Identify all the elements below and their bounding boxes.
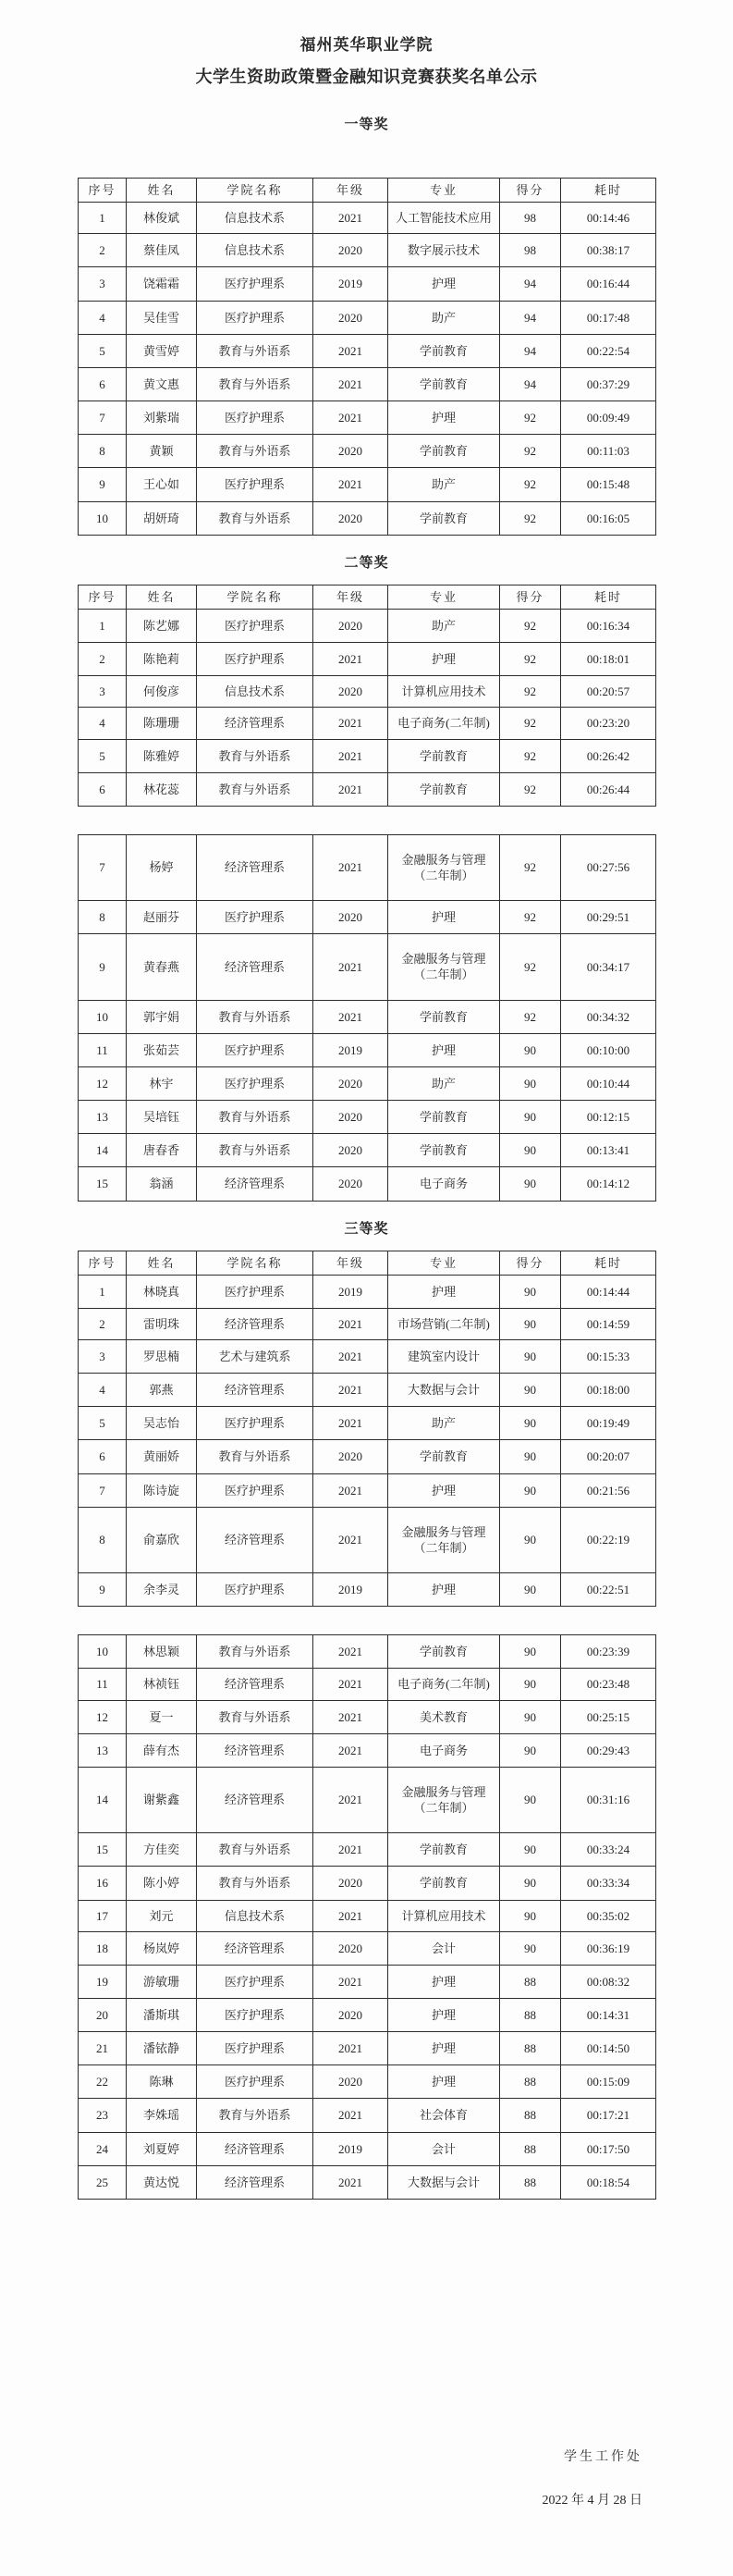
table-cell: 医疗护理系 (197, 1573, 313, 1607)
table-cell: 2021 (313, 643, 388, 676)
table-cell: 19 (79, 1965, 127, 1998)
table-row: 13吴培钰教育与外语系2020学前教育9000:12:15 (79, 1101, 656, 1134)
table-cell: 2021 (313, 2099, 388, 2132)
table-cell: 4 (79, 1374, 127, 1407)
table-cell: 92 (500, 609, 561, 642)
table-cell: 00:33:24 (561, 1833, 656, 1867)
table-cell: 教育与外语系 (197, 501, 313, 535)
table-cell: 教育与外语系 (197, 1700, 313, 1733)
table-row: 9黄春燕经济管理系2021金融服务与管理（二年制）9200:34:17 (79, 934, 656, 1000)
table-row: 1林俊斌信息技术系2021人工智能技术应用9800:14:46 (79, 203, 656, 234)
table-cell: 教育与外语系 (197, 1440, 313, 1473)
table-cell: 经济管理系 (197, 1669, 313, 1700)
table-cell: 金融服务与管理（二年制） (388, 1767, 500, 1832)
table-cell: 翁涵 (127, 1167, 197, 1201)
table-cell: 2021 (313, 2032, 388, 2065)
table-cell: 98 (500, 234, 561, 267)
table-row: 3何俊彦信息技术系2020计算机应用技术9200:20:57 (79, 676, 656, 708)
table-cell: 学前教育 (388, 435, 500, 468)
table-cell: 护理 (388, 643, 500, 676)
table-cell: 92 (500, 643, 561, 676)
table-cell: 何俊彦 (127, 676, 197, 708)
table-cell: 00:16:44 (561, 267, 656, 301)
table-cell: 医疗护理系 (197, 901, 313, 934)
table-cell: 90 (500, 1573, 561, 1607)
table-cell: 2019 (313, 1275, 388, 1308)
table-cell: 90 (500, 1900, 561, 1931)
table-cell: 00:29:51 (561, 901, 656, 934)
table-row: 5黄雪婷教育与外语系2021学前教育9400:22:54 (79, 334, 656, 367)
table-cell: 教育与外语系 (197, 1635, 313, 1669)
table-cell: 教育与外语系 (197, 1000, 313, 1033)
column-header: 年级 (313, 1251, 388, 1275)
table-row: 16陈小婷教育与外语系2020学前教育9000:33:34 (79, 1867, 656, 1900)
table-cell: 00:15:09 (561, 2065, 656, 2099)
table-cell: 信息技术系 (197, 234, 313, 267)
table-cell: 护理 (388, 1473, 500, 1507)
table-cell: 人工智能技术应用 (388, 203, 500, 234)
table-cell: 90 (500, 1275, 561, 1308)
table-cell: 陈小婷 (127, 1867, 197, 1900)
table-header-row: 序号姓名学院名称年级专业得分耗时 (79, 585, 656, 609)
table-cell: 2021 (313, 2165, 388, 2199)
table-cell: 俞嘉欣 (127, 1507, 197, 1572)
table-cell: 2021 (313, 1473, 388, 1507)
table-cell: 陈艺娜 (127, 609, 197, 642)
table-cell: 00:11:03 (561, 435, 656, 468)
table-cell: 教育与外语系 (197, 739, 313, 772)
table-cell: 经济管理系 (197, 834, 313, 900)
table-cell: 杨婷 (127, 834, 197, 900)
table-cell: 蔡佳凤 (127, 234, 197, 267)
table-cell: 10 (79, 501, 127, 535)
table-cell: 医疗护理系 (197, 1407, 313, 1440)
table-cell: 2020 (313, 609, 388, 642)
table-cell: 92 (500, 468, 561, 501)
table-cell: 90 (500, 1101, 561, 1134)
table-cell: 2021 (313, 334, 388, 367)
table-cell: 医疗护理系 (197, 1998, 313, 2031)
table-cell: 13 (79, 1101, 127, 1134)
table-cell: 92 (500, 901, 561, 934)
table-cell: 98 (500, 203, 561, 234)
table-cell: 00:33:34 (561, 1867, 656, 1900)
table-cell: 14 (79, 1767, 127, 1832)
table-cell: 90 (500, 1867, 561, 1900)
table-cell: 7 (79, 1473, 127, 1507)
table-cell: 7 (79, 401, 127, 435)
document-content: 福州英华职业学院 大学生资助政策暨金融知识竞赛获奖名单公示 一等奖序号姓名学院名… (78, 0, 655, 2200)
table-row: 2雷明珠经济管理系2021市场营销(二年制)9000:14:59 (79, 1308, 656, 1339)
table-cell: 88 (500, 2099, 561, 2132)
table-row: 15方佳奕教育与外语系2021学前教育9000:33:24 (79, 1833, 656, 1867)
table-cell: 18 (79, 1931, 127, 1965)
table-cell: 教育与外语系 (197, 367, 313, 401)
award-table-2-part-1: 序号姓名学院名称年级专业得分耗时1陈艺娜医疗护理系2020助产9200:16:3… (78, 585, 656, 807)
table-cell: 医疗护理系 (197, 301, 313, 334)
table-cell: 00:14:12 (561, 1167, 656, 1201)
table-cell: 00:13:41 (561, 1134, 656, 1167)
table-row: 15翁涵经济管理系2020电子商务9000:14:12 (79, 1167, 656, 1201)
column-header: 耗时 (561, 179, 656, 203)
table-cell: 金融服务与管理（二年制） (388, 834, 500, 900)
column-header: 序号 (79, 585, 127, 609)
table-cell: 唐春香 (127, 1134, 197, 1167)
table-cell: 经济管理系 (197, 2132, 313, 2165)
table-header-row: 序号姓名学院名称年级专业得分耗时 (79, 179, 656, 203)
table-cell: 00:17:21 (561, 2099, 656, 2132)
table-cell: 4 (79, 708, 127, 739)
table-cell: 3 (79, 1340, 127, 1374)
table-row: 6黄文惠教育与外语系2021学前教育9400:37:29 (79, 367, 656, 401)
table-cell: 00:26:42 (561, 739, 656, 772)
column-header: 姓名 (127, 585, 197, 609)
table-cell: 经济管理系 (197, 708, 313, 739)
table-cell: 8 (79, 1507, 127, 1572)
table-cell: 00:14:50 (561, 2032, 656, 2065)
table-cell: 郭燕 (127, 1374, 197, 1407)
table-cell: 92 (500, 501, 561, 535)
table-row: 14谢紫鑫经济管理系2021金融服务与管理（二年制）9000:31:16 (79, 1767, 656, 1832)
table-cell: 2 (79, 643, 127, 676)
table-cell: 92 (500, 1000, 561, 1033)
table-cell: 2020 (313, 2065, 388, 2099)
table-cell: 刘紫瑞 (127, 401, 197, 435)
table-cell: 2021 (313, 708, 388, 739)
table-cell: 2021 (313, 1700, 388, 1733)
table-row: 17刘元信息技术系2021计算机应用技术9000:35:02 (79, 1900, 656, 1931)
column-header: 专业 (388, 1251, 500, 1275)
table-cell: 教育与外语系 (197, 1833, 313, 1867)
page-title-line-2: 大学生资助政策暨金融知识竞赛获奖名单公示 (78, 64, 655, 88)
table-cell: 90 (500, 1700, 561, 1733)
table-cell: 余李灵 (127, 1573, 197, 1607)
table-cell: 2019 (313, 2132, 388, 2165)
table-cell: 2021 (313, 1374, 388, 1407)
table-cell: 2020 (313, 1167, 388, 1201)
table-cell: 5 (79, 739, 127, 772)
table-cell: 00:22:51 (561, 1573, 656, 1607)
table-cell: 7 (79, 834, 127, 900)
table-cell: 90 (500, 1340, 561, 1374)
award-table-1-part-1: 序号姓名学院名称年级专业得分耗时1林俊斌信息技术系2021人工智能技术应用980… (78, 178, 656, 536)
table-cell: 00:34:32 (561, 1000, 656, 1033)
table-cell: 医疗护理系 (197, 1275, 313, 1308)
table-row: 4郭燕经济管理系2021大数据与会计9000:18:00 (79, 1374, 656, 1407)
table-cell: 2021 (313, 1407, 388, 1440)
table-cell: 2020 (313, 1066, 388, 1100)
table-cell: 雷明珠 (127, 1308, 197, 1339)
table-cell: 6 (79, 367, 127, 401)
table-cell: 00:16:05 (561, 501, 656, 535)
table-cell: 教育与外语系 (197, 1867, 313, 1900)
table-cell: 林祯钰 (127, 1669, 197, 1700)
table-cell: 医疗护理系 (197, 2032, 313, 2065)
table-row: 13薛有杰经济管理系2021电子商务9000:29:43 (79, 1733, 656, 1767)
table-cell: 3 (79, 267, 127, 301)
table-row: 3饶霜霜医疗护理系2019护理9400:16:44 (79, 267, 656, 301)
table-cell: 护理 (388, 1998, 500, 2031)
table-cell: 2020 (313, 1101, 388, 1134)
table-cell: 9 (79, 934, 127, 1000)
table-cell: 经济管理系 (197, 1931, 313, 1965)
table-cell: 14 (79, 1134, 127, 1167)
section-heading-3: 三等奖 (78, 1218, 655, 1238)
table-cell: 潘斯琪 (127, 1998, 197, 2031)
table-cell: 胡妍琦 (127, 501, 197, 535)
table-cell: 林花蕊 (127, 772, 197, 806)
table-cell: 护理 (388, 2032, 500, 2065)
table-cell: 20 (79, 1998, 127, 2031)
table-cell: 黄颖 (127, 435, 197, 468)
table-cell: 94 (500, 267, 561, 301)
table-cell: 5 (79, 1407, 127, 1440)
table-cell: 00:14:31 (561, 1998, 656, 2031)
table-cell: 00:19:49 (561, 1407, 656, 1440)
table-cell: 2021 (313, 203, 388, 234)
table-row: 4陈珊珊经济管理系2021电子商务(二年制)9200:23:20 (79, 708, 656, 739)
table-cell: 学前教育 (388, 334, 500, 367)
table-cell: 金融服务与管理（二年制） (388, 1507, 500, 1572)
table-cell: 2021 (313, 934, 388, 1000)
table-cell: 6 (79, 1440, 127, 1473)
table-cell: 2021 (313, 834, 388, 900)
table-cell: 吴培钰 (127, 1101, 197, 1134)
table-cell: 9 (79, 1573, 127, 1607)
table-cell: 教育与外语系 (197, 1134, 313, 1167)
table-cell: 教育与外语系 (197, 772, 313, 806)
table-cell: 郭宇娟 (127, 1000, 197, 1033)
table-cell: 00:14:44 (561, 1275, 656, 1308)
table-cell: 2021 (313, 1900, 388, 1931)
award-sections: 一等奖序号姓名学院名称年级专业得分耗时1林俊斌信息技术系2021人工智能技术应用… (78, 114, 655, 2200)
table-row: 7刘紫瑞医疗护理系2021护理9200:09:49 (79, 401, 656, 435)
column-header: 耗时 (561, 585, 656, 609)
table-cell: 1 (79, 1275, 127, 1308)
table-cell: 谢紫鑫 (127, 1767, 197, 1832)
table-header-row: 序号姓名学院名称年级专业得分耗时 (79, 1251, 656, 1275)
table-cell: 00:21:56 (561, 1473, 656, 1507)
table-cell: 护理 (388, 901, 500, 934)
column-header: 序号 (79, 1251, 127, 1275)
column-header: 耗时 (561, 1251, 656, 1275)
table-cell: 林宇 (127, 1066, 197, 1100)
table-cell: 林晓真 (127, 1275, 197, 1308)
page-break-gap (78, 807, 655, 834)
table-cell: 2021 (313, 1767, 388, 1832)
table-cell: 90 (500, 1931, 561, 1965)
table-cell: 护理 (388, 267, 500, 301)
table-cell: 2020 (313, 676, 388, 708)
award-table-3-part-1: 序号姓名学院名称年级专业得分耗时1林晓真医疗护理系2019护理9000:14:4… (78, 1251, 656, 1608)
table-cell: 王心如 (127, 468, 197, 501)
table-cell: 2019 (313, 1573, 388, 1607)
table-cell: 00:35:02 (561, 1900, 656, 1931)
table-cell: 学前教育 (388, 367, 500, 401)
table-cell: 陈雅婷 (127, 739, 197, 772)
table-row: 5吴志怡医疗护理系2021助产9000:19:49 (79, 1407, 656, 1440)
table-cell: 医疗护理系 (197, 401, 313, 435)
table-cell: 医疗护理系 (197, 1965, 313, 1998)
table-cell: 李姝瑶 (127, 2099, 197, 2132)
table-cell: 2020 (313, 1998, 388, 2031)
table-cell: 8 (79, 901, 127, 934)
table-row: 1林晓真医疗护理系2019护理9000:14:44 (79, 1275, 656, 1308)
table-cell: 90 (500, 1669, 561, 1700)
table-cell: 2021 (313, 401, 388, 435)
table-cell: 11 (79, 1669, 127, 1700)
table-row: 5陈雅婷教育与外语系2021学前教育9200:26:42 (79, 739, 656, 772)
table-cell: 00:20:57 (561, 676, 656, 708)
table-cell: 00:12:15 (561, 1101, 656, 1134)
table-cell: 2021 (313, 1733, 388, 1767)
table-cell: 00:27:56 (561, 834, 656, 900)
table-cell: 经济管理系 (197, 1374, 313, 1407)
table-cell: 94 (500, 301, 561, 334)
table-row: 9王心如医疗护理系2021助产9200:15:48 (79, 468, 656, 501)
table-cell: 学前教育 (388, 501, 500, 535)
table-cell: 护理 (388, 1275, 500, 1308)
table-cell: 学前教育 (388, 739, 500, 772)
table-cell: 12 (79, 1700, 127, 1733)
table-cell: 2021 (313, 1000, 388, 1033)
table-cell: 00:18:01 (561, 643, 656, 676)
table-cell: 90 (500, 1033, 561, 1066)
table-cell: 2 (79, 1308, 127, 1339)
table-row: 23李姝瑶教育与外语系2021社会体育8800:17:21 (79, 2099, 656, 2132)
column-header: 专业 (388, 179, 500, 203)
table-cell: 25 (79, 2165, 127, 2199)
table-cell: 2020 (313, 435, 388, 468)
table-cell: 艺术与建筑系 (197, 1340, 313, 1374)
table-cell: 00:08:32 (561, 1965, 656, 1998)
table-cell: 学前教育 (388, 1000, 500, 1033)
table-row: 11张茹芸医疗护理系2019护理9000:10:00 (79, 1033, 656, 1066)
table-cell: 21 (79, 2032, 127, 2065)
table-row: 1陈艺娜医疗护理系2020助产9200:16:34 (79, 609, 656, 642)
table-cell: 2021 (313, 1308, 388, 1339)
table-cell: 00:37:29 (561, 367, 656, 401)
award-table-3-part-2: 10林思颖教育与外语系2021学前教育9000:23:3911林祯钰经济管理系2… (78, 1634, 656, 2200)
table-cell: 计算机应用技术 (388, 676, 500, 708)
table-cell: 大数据与会计 (388, 2165, 500, 2199)
table-cell: 10 (79, 1000, 127, 1033)
table-cell: 黄雪婷 (127, 334, 197, 367)
table-row: 4吴佳雪医疗护理系2020助产9400:17:48 (79, 301, 656, 334)
table-cell: 2020 (313, 501, 388, 535)
table-row: 14唐春香教育与外语系2020学前教育9000:13:41 (79, 1134, 656, 1167)
table-row: 12夏一教育与外语系2021美术教育9000:25:15 (79, 1700, 656, 1733)
table-row: 10胡妍琦教育与外语系2020学前教育9200:16:05 (79, 501, 656, 535)
table-cell: 92 (500, 772, 561, 806)
table-row: 12林宇医疗护理系2020助产9000:10:44 (79, 1066, 656, 1100)
table-cell: 22 (79, 2065, 127, 2099)
table-row: 6黄丽娇教育与外语系2020学前教育9000:20:07 (79, 1440, 656, 1473)
table-cell: 00:23:20 (561, 708, 656, 739)
table-cell: 00:15:33 (561, 1340, 656, 1374)
table-cell: 15 (79, 1167, 127, 1201)
table-cell: 2020 (313, 234, 388, 267)
column-header: 学院名称 (197, 585, 313, 609)
table-cell: 学前教育 (388, 1867, 500, 1900)
table-cell: 90 (500, 1167, 561, 1201)
table-cell: 88 (500, 1965, 561, 1998)
table-cell: 助产 (388, 609, 500, 642)
table-cell: 00:09:49 (561, 401, 656, 435)
table-cell: 90 (500, 1733, 561, 1767)
table-cell: 92 (500, 708, 561, 739)
table-cell: 薛有杰 (127, 1733, 197, 1767)
table-cell: 15 (79, 1833, 127, 1867)
table-cell: 16 (79, 1867, 127, 1900)
table-cell: 00:18:54 (561, 2165, 656, 2199)
table-cell: 护理 (388, 1965, 500, 1998)
table-row: 8赵丽芬医疗护理系2020护理9200:29:51 (79, 901, 656, 934)
footer-signature: 学生工作处 (564, 2447, 642, 2465)
table-cell: 88 (500, 2032, 561, 2065)
table-row: 10郭宇娟教育与外语系2021学前教育9200:34:32 (79, 1000, 656, 1033)
table-cell: 10 (79, 1635, 127, 1669)
column-header: 学院名称 (197, 179, 313, 203)
table-cell: 2019 (313, 1033, 388, 1066)
table-cell: 13 (79, 1733, 127, 1767)
table-cell: 88 (500, 2165, 561, 2199)
table-cell: 2020 (313, 1867, 388, 1900)
table-row: 2陈艳莉医疗护理系2021护理9200:18:01 (79, 643, 656, 676)
table-cell: 张茹芸 (127, 1033, 197, 1066)
table-cell: 2021 (313, 772, 388, 806)
table-cell: 经济管理系 (197, 1308, 313, 1339)
table-cell: 信息技术系 (197, 203, 313, 234)
table-cell: 教育与外语系 (197, 435, 313, 468)
table-cell: 11 (79, 1033, 127, 1066)
table-cell: 陈艳莉 (127, 643, 197, 676)
page-break-gap (78, 1607, 655, 1634)
table-row: 10林思颖教育与外语系2021学前教育9000:23:39 (79, 1635, 656, 1669)
table-cell: 12 (79, 1066, 127, 1100)
table-cell: 90 (500, 1833, 561, 1867)
section-heading-1: 一等奖 (78, 114, 655, 133)
column-header: 得分 (500, 585, 561, 609)
table-cell: 饶霜霜 (127, 267, 197, 301)
table-row: 22陈琳医疗护理系2020护理8800:15:09 (79, 2065, 656, 2099)
table-cell: 92 (500, 739, 561, 772)
table-cell: 黄文惠 (127, 367, 197, 401)
table-cell: 2021 (313, 468, 388, 501)
table-cell: 94 (500, 367, 561, 401)
table-cell: 2020 (313, 901, 388, 934)
table-cell: 92 (500, 676, 561, 708)
table-row: 8黄颖教育与外语系2020学前教育9200:11:03 (79, 435, 656, 468)
table-cell: 90 (500, 1635, 561, 1669)
table-cell: 00:36:19 (561, 1931, 656, 1965)
table-cell: 2021 (313, 1635, 388, 1669)
table-cell: 学前教育 (388, 772, 500, 806)
table-cell: 92 (500, 934, 561, 1000)
table-cell: 医疗护理系 (197, 468, 313, 501)
table-cell: 2021 (313, 1507, 388, 1572)
table-cell: 00:15:48 (561, 468, 656, 501)
table-row: 20潘斯琪医疗护理系2020护理8800:14:31 (79, 1998, 656, 2031)
table-cell: 92 (500, 834, 561, 900)
column-header: 专业 (388, 585, 500, 609)
table-cell: 24 (79, 2132, 127, 2165)
table-row: 7杨婷经济管理系2021金融服务与管理（二年制）9200:27:56 (79, 834, 656, 900)
table-cell: 2020 (313, 1134, 388, 1167)
table-cell: 陈诗旋 (127, 1473, 197, 1507)
table-row: 3罗思楠艺术与建筑系2021建筑室内设计9000:15:33 (79, 1340, 656, 1374)
table-cell: 电子商务(二年制) (388, 708, 500, 739)
